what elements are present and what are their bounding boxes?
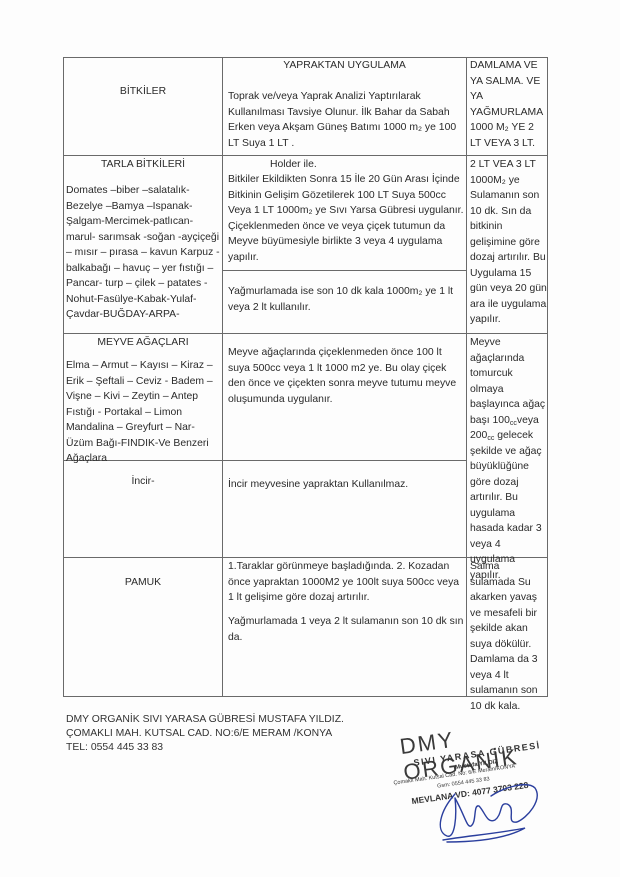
header-drip-text: DAMLAMA VE YA SALMA. VE YA YAĞMURLAMA 10… [470,58,547,151]
row-cotton-foliar-sprinkler: Yağmurlamada 1 veya 2 lt sulamanın son 1… [228,614,464,645]
row-cotton-title: PAMUK [64,575,222,591]
company-footer: DMY ORGANİK SIVI YARASA GÜBRESİ MUSTAFA … [66,713,344,755]
row-fig-title: İncir- [64,474,222,490]
header-foliar-title: YAPRAKTAN UYGULAMA [223,58,466,74]
row-divider [63,333,548,334]
row-cotton-foliar: 1.Taraklar görünmeye başladığında. 2. Ko… [228,559,464,606]
header-foliar-text: Toprak ve/veya Yaprak Analizi Yaptırılar… [228,89,464,151]
row-field-crops-title: TARLA BİTKİLERİ [64,157,222,173]
row-field-crops-foliar: Bitkiler Ekildikten Sonra 15 İle 20 Gün … [228,172,464,265]
row-fruit-trees-plants: Elma – Armut – Kayısı – Kiraz – Erik – Ş… [66,358,220,467]
footer-address: ÇOMAKLI MAH. KUTSAL CAD. NO:6/E MERAM /K… [66,727,344,741]
column-divider [222,57,223,697]
row-fruit-trees-foliar: Meyve ağaçlarında çiçeklenmeden önce 100… [228,345,464,407]
row-fruit-trees-title: MEYVE AĞAÇLARI [64,335,222,351]
row-divider [63,155,548,156]
company-stamp: DMY ORGANİK SIVI YARASA GÜBRESİ Mustafa … [395,716,575,856]
row-field-crops-foliar-sprinkler: Yağmurlamada ise son 10 dk kala 1000m₂ y… [228,284,464,315]
row-cotton-drip: Salma sulamada Su akarken yavaş ve mesaf… [470,559,547,714]
footer-company-name: DMY ORGANİK SIVI YARASA GÜBRESİ MUSTAFA … [66,713,344,727]
table-border-left [63,57,64,697]
header-plants: BİTKİLER [64,84,222,100]
row-field-crops-plants: Domates –biber –salatalık-Bezelye –Bamya… [66,183,220,323]
table-border-right [547,57,548,697]
fruit-trees-drip-text: Meyve ağaçlarında tomurcuk olmaya başlay… [470,337,545,581]
row-divider [222,270,466,271]
row-field-crops-drip: 2 LT VEA 3 LT 1000M₂ ye Sulamanın son 10… [470,157,547,328]
row-field-crops-foliar-method: Holder ile. [270,157,460,173]
row-fig-foliar: İncir meyvesine yapraktan Kullanılmaz. [228,477,464,493]
row-fruit-trees-drip: Meyve ağaçlarında tomurcuk olmaya başlay… [470,335,547,583]
column-divider [466,57,467,697]
signature-icon [395,716,575,856]
footer-phone: TEL: 0554 445 33 83 [66,741,344,755]
